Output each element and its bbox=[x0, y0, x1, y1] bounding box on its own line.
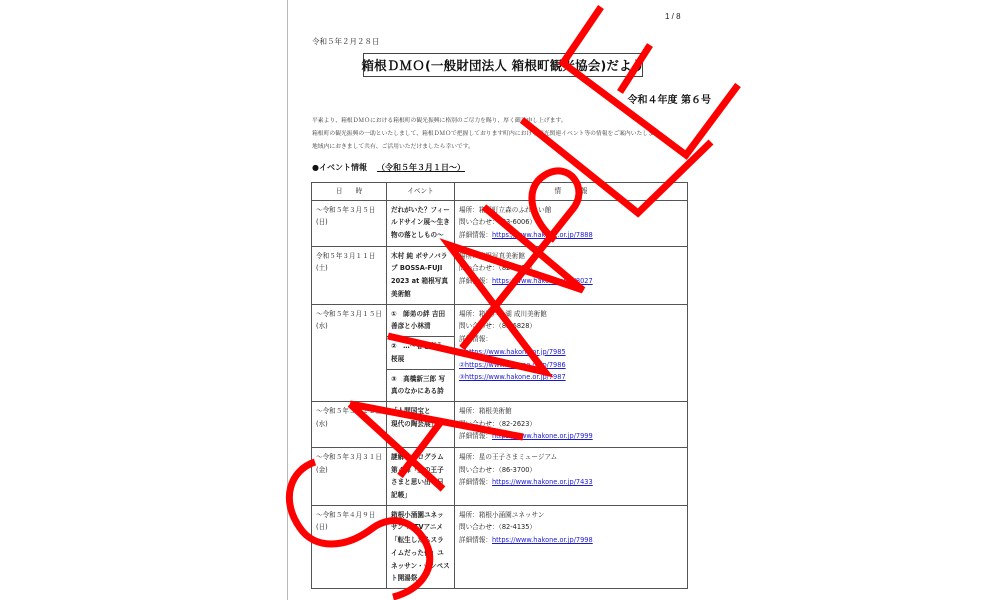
table-row: ～令和５年３月１５日(水) ① 師弟の絆 吉田善彦と小林清 ② …～春を彩う 桜… bbox=[312, 304, 688, 401]
table-row: 令和５年３月１１日(土) 木村 純 ボサノバラブ BOSSA-FUJI 2023… bbox=[312, 246, 688, 304]
detail-link[interactable]: https://www.hakone.or.jp/7998 bbox=[492, 536, 593, 544]
section-title: ●イベント情報 bbox=[312, 163, 367, 172]
issue-number: 令和４年度 第６号 bbox=[628, 91, 711, 106]
event-cell: 木村 純 ボサノバラブ BOSSA-FUJI 2023 at 箱根写真美術館 bbox=[387, 246, 455, 304]
date-cell: ～令和５年３月２２日(水) bbox=[312, 401, 387, 447]
info-cell: 場所：箱根美術館 問い合わせ：（82-2623） 詳細情報：https://ww… bbox=[455, 401, 688, 447]
sub-event: ① 師弟の絆 吉田善彦と小林清 bbox=[387, 305, 454, 337]
table-row: ～令和５年３月５日(日) だれがいた？フィールドサイン展～生き物の落としもの～ … bbox=[312, 200, 688, 246]
sub-event: ② …～春を彩う 桜展 bbox=[387, 337, 454, 369]
event-cell: だれがいた？フィールドサイン展～生き物の落としもの～ bbox=[387, 200, 455, 246]
intro-line: 箱根町の観光振興の一助といたしまして、箱根ＤＭＯで把握しております町内における観… bbox=[312, 128, 665, 141]
intro-line: 地域内におきまして共有、ご活用いただけましたら幸いです。 bbox=[312, 141, 665, 154]
intro-line: 平素より、箱根ＤＭＯにおける箱根町の観光振興に格別のご尽力を賜り、厚く御礼申し上… bbox=[312, 115, 665, 128]
table-row: ～令和５年３月３１日(金) 謎解きプログラム第４弾「星の王子さまと思い出の日記帳… bbox=[312, 447, 688, 505]
event-cell: ① 師弟の絆 吉田善彦と小林清 ② …～春を彩う 桜展 ③ 高橋新三郎 写真のな… bbox=[387, 304, 455, 401]
event-cell: 「人間国宝と 現代の陶芸展」 bbox=[387, 401, 455, 447]
table-row: ～令和５年３月２２日(水) 「人間国宝と 現代の陶芸展」 場所：箱根美術館 問い… bbox=[312, 401, 688, 447]
detail-link[interactable]: https://www.hakone.or.jp/7433 bbox=[492, 478, 593, 486]
info-cell: 場所：箱根芦ノ湖 成川美術館 問い合わせ：（83-6828） 詳細情報： ①ht… bbox=[455, 304, 688, 401]
date-cell: ～令和５年３月５日(日) bbox=[312, 200, 387, 246]
event-table: 日 時 イベント 情 報 ～令和５年３月５日(日) だれがいた？フィールドサイン… bbox=[311, 182, 688, 589]
info-cell: 場所：星の王子さまミュージアム 問い合わせ：（86-3700） 詳細情報：htt… bbox=[455, 447, 688, 505]
detail-link[interactable]: ②https://www.hakone.or.jp/7986 bbox=[459, 361, 566, 369]
detail-link[interactable]: https://www.hakone.or.jp/8027 bbox=[492, 277, 593, 285]
table-header-row: 日 時 イベント 情 報 bbox=[312, 183, 688, 201]
event-cell: 箱根小涌園ユネッサン × TVアニメ「転生したらスライムだった件」ユネッサン・テ… bbox=[387, 505, 455, 588]
header-info: 情 報 bbox=[455, 183, 688, 201]
info-cell: 場所：箱根写真美術館 問い合わせ：（82-2717） 詳細情報：https://… bbox=[455, 246, 688, 304]
date-cell: 令和５年３月１１日(土) bbox=[312, 246, 387, 304]
page-left-edge bbox=[287, 0, 288, 600]
header-date: 日 時 bbox=[312, 183, 387, 201]
detail-link[interactable]: ③https://www.hakone.or.jp/7987 bbox=[459, 373, 566, 381]
date-cell: ～令和５年４月９日(日) bbox=[312, 505, 387, 588]
section-date-range: （令和５年３月１日～） bbox=[377, 163, 465, 172]
info-cell: 場所：箱根小涌園ユネッサン 問い合わせ：（82-4135） 詳細情報：https… bbox=[455, 505, 688, 588]
detail-link[interactable]: https://www.hakone.or.jp/7888 bbox=[492, 231, 593, 239]
date-cell: ～令和５年３月１５日(水) bbox=[312, 304, 387, 401]
header-event: イベント bbox=[387, 183, 455, 201]
info-cell: 場所：箱根町立森のふれあい館 問い合わせ：（83-6006） 詳細情報：http… bbox=[455, 200, 688, 246]
event-cell: 謎解きプログラム第４弾「星の王子さまと思い出の日記帳」 bbox=[387, 447, 455, 505]
table-row: ～令和５年４月９日(日) 箱根小涌園ユネッサン × TVアニメ「転生したらスライ… bbox=[312, 505, 688, 588]
intro-paragraph: 平素より、箱根ＤＭＯにおける箱根町の観光振興に格別のご尽力を賜り、厚く御礼申し上… bbox=[312, 115, 665, 153]
page-indicator: 1 / 8 bbox=[665, 12, 681, 21]
event-section-heading: ●イベント情報（令和５年３月１日～） bbox=[312, 162, 465, 173]
detail-link[interactable]: ①https://www.hakone.or.jp/7985 bbox=[459, 348, 566, 356]
newsletter-title: 箱根ＤＭＯ(一般財団法人 箱根町観光協会)だより bbox=[363, 53, 643, 77]
sub-event: ③ 高橋新三郎 写真のなかにある詩 bbox=[387, 370, 454, 401]
date-cell: ～令和５年３月３１日(金) bbox=[312, 447, 387, 505]
detail-link[interactable]: https://www.hakone.or.jp/7999 bbox=[492, 432, 593, 440]
document-date: 令和５年２月２８日 bbox=[312, 36, 380, 47]
